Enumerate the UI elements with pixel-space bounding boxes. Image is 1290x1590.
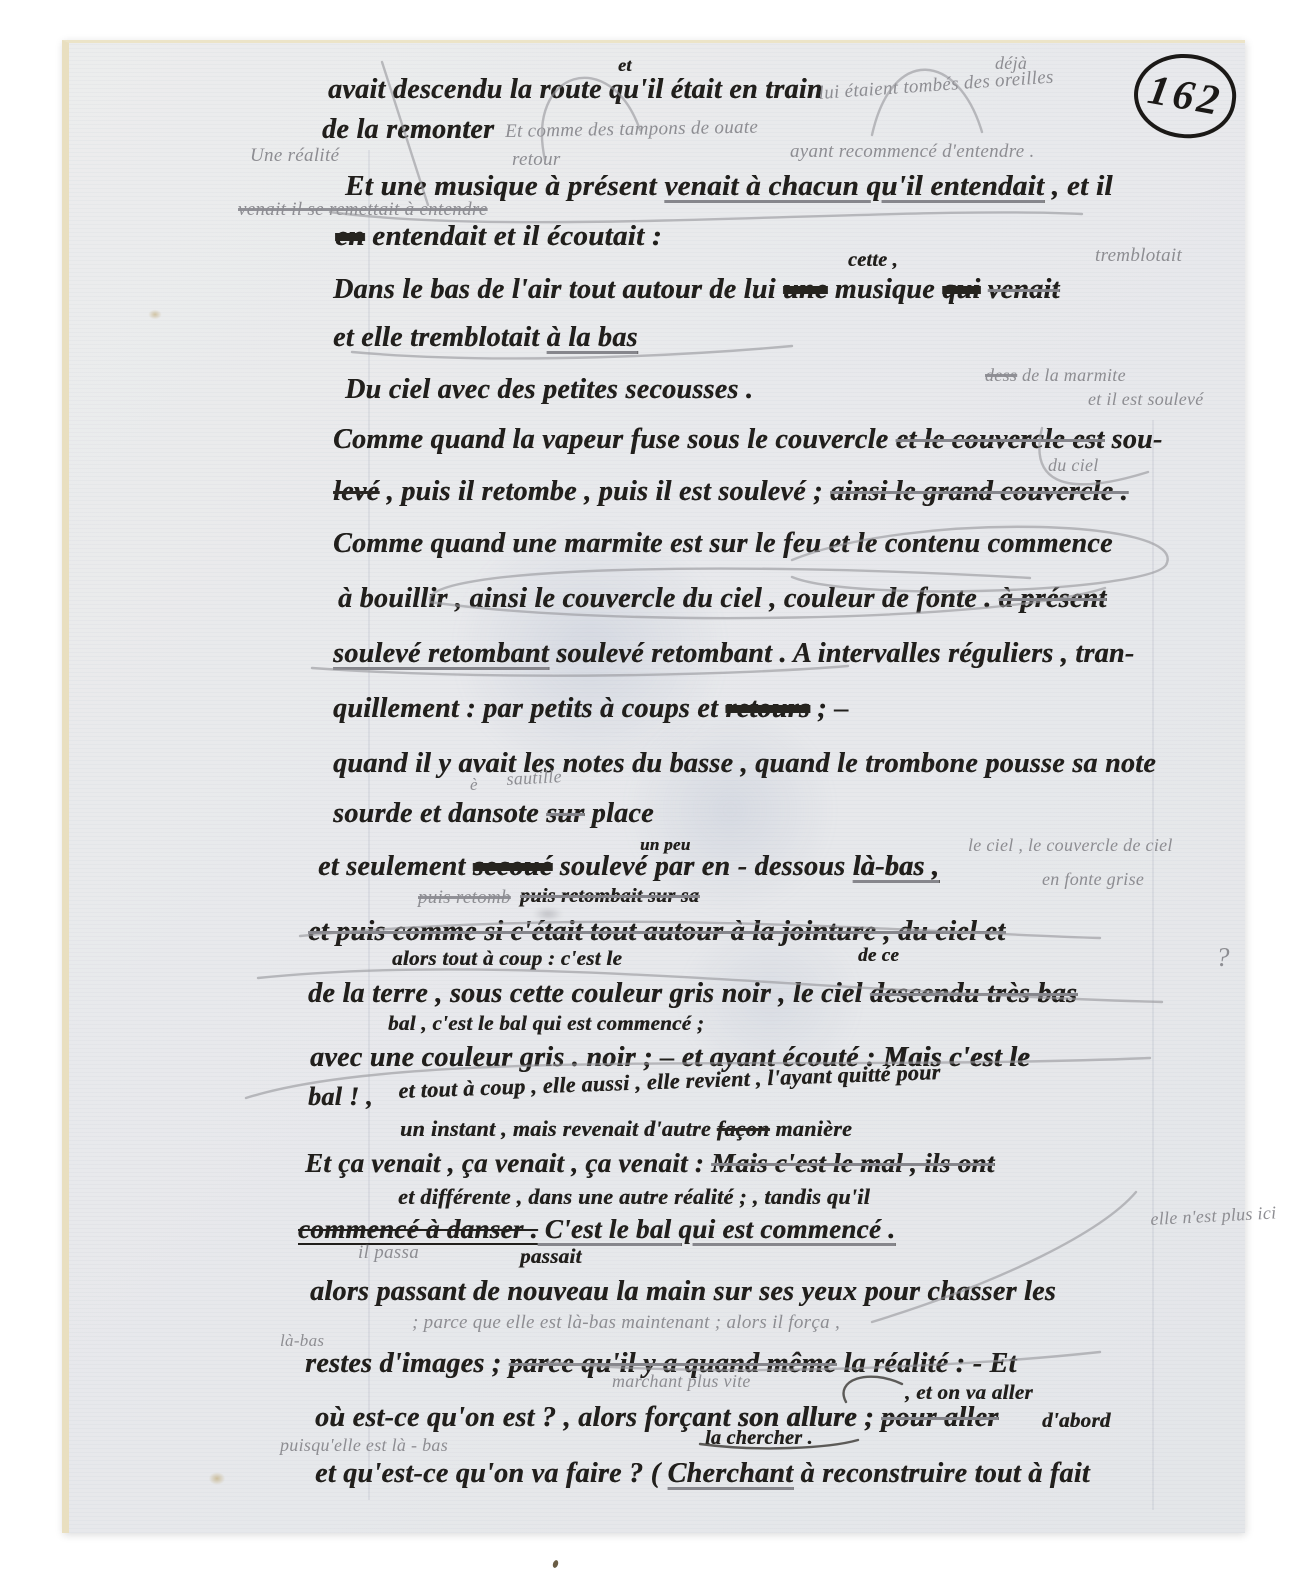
manuscript-line-63: et qu'est-ce qu'on va faire ? ( Cherchan… (315, 1460, 1090, 1488)
manuscript-segment: soulevé retombant (333, 638, 549, 669)
manuscript-segment: Du ciel avec des petites secousses . (345, 374, 753, 405)
manuscript-segment: dess (985, 365, 1017, 385)
manuscript-line-21: du ciel (1048, 456, 1099, 474)
manuscript-segment: à bouillir , ainsi le couvercle du ciel … (338, 583, 999, 614)
manuscript-segment: ? (1216, 942, 1230, 972)
manuscript-segment: ; parce que elle est là-bas maintenant ;… (412, 1312, 840, 1333)
manuscript-line-1: et (618, 56, 632, 74)
manuscript-line-38: alors tout à coup : c'est le (392, 948, 622, 969)
manuscript-segment: à la bas (547, 322, 638, 353)
manuscript-segment: la réalité : - Et (836, 1348, 1016, 1379)
manuscript-line-41: de la terre , sous cette couleur gris no… (308, 980, 1077, 1008)
manuscript-segment: levé (333, 476, 379, 507)
manuscript-line-19: et il est soulevé (1088, 390, 1204, 408)
manuscript-segment: soulevé retombant . A intervalles réguli… (549, 638, 1134, 669)
manuscript-segment: , et on va aller (905, 1380, 1033, 1404)
manuscript-line-8: retour (512, 150, 561, 169)
manuscript-segment: puis retombait sur sa (520, 885, 699, 907)
manuscript-line-53: alors passant de nouveau la main sur ses… (310, 1278, 1056, 1306)
manuscript-line-44: bal ! , (308, 1084, 373, 1110)
manuscript-segment: entendait et il écoutait : (365, 220, 662, 252)
manuscript-segment: descendu très bas (870, 978, 1077, 1009)
manuscript-segment: cette , (848, 249, 898, 271)
manuscript-segment: façon (717, 1116, 770, 1141)
manuscript-segment: place (584, 798, 653, 829)
manuscript-segment: C'est le bal qui est commencé . (538, 1214, 896, 1244)
manuscript-segment: de ce (858, 945, 899, 966)
manuscript-line-24: à bouillir , ainsi le couvercle du ciel … (338, 585, 1106, 613)
manuscript-line-26: quillement : par petits à coups et retou… (333, 695, 849, 723)
paper-fold-line (1152, 420, 1154, 1510)
manuscript-line-39: de ce (858, 946, 899, 965)
manuscript-segment: de la marmite (1017, 365, 1126, 385)
manuscript-line-27: quand il y avait les notes du basse , qu… (333, 750, 1156, 778)
manuscript-line-35: puis retomb (418, 888, 511, 907)
manuscript-segment: quand il y avait les notes du basse , qu… (333, 748, 1156, 779)
paper-stain (206, 1470, 228, 1487)
manuscript-line-29: sautille (506, 767, 562, 788)
manuscript-line-7: Une réalité (250, 146, 339, 165)
manuscript-line-54: ; parce que elle est là-bas maintenant ;… (412, 1313, 840, 1332)
manuscript-segment: le ciel , le couvercle de ciel (968, 835, 1173, 855)
manuscript-segment: un instant , mais revenait d'autre (400, 1116, 717, 1141)
manuscript-line-23: Comme quand une marmite est sur le feu e… (333, 530, 1113, 558)
manuscript-segment: et différente , dans une autre réalité ;… (398, 1184, 870, 1209)
manuscript-segment: bal ! , (308, 1082, 373, 1111)
manuscript-segment: Et une musique à présent (345, 170, 664, 202)
manuscript-segment: il passa (358, 1242, 419, 1263)
manuscript-segment: qui (942, 274, 980, 305)
page-number: 162 (1144, 66, 1226, 126)
manuscript-line-62: d'abord (1042, 1410, 1111, 1431)
manuscript-segment: venait à chacun qu'il entendait (664, 170, 1044, 202)
ink-speck (552, 1559, 559, 1568)
manuscript-segment: alors passant de nouveau la main sur ses… (310, 1276, 1056, 1307)
manuscript-segment: Et ça venait , ça venait , ça venait : (305, 1148, 711, 1178)
manuscript-segment: sautille (506, 766, 562, 789)
manuscript-segment: avait descendu la route qu'il était en t… (328, 74, 823, 105)
manuscript-line-22: levé , puis il retombe , puis il est sou… (333, 478, 1128, 506)
manuscript-line-15: Dans le bas de l'air tout autour de lui … (333, 276, 1060, 304)
manuscript-line-52: passait (520, 1246, 582, 1267)
manuscript-segment: marchant plus vite (612, 1371, 751, 1391)
manuscript-line-16: et elle tremblotait à la bas (333, 324, 638, 352)
manuscript-segment: restes d'images ; (305, 1348, 509, 1379)
manuscript-segment: venait il se remettait à entendre (238, 199, 488, 220)
manuscript-line-51: il passa (358, 1243, 419, 1262)
manuscript-segment: quillement : par petits à coups et (333, 693, 725, 724)
manuscript-segment: commencé à danser . (298, 1214, 538, 1244)
manuscript-segment: d'abord (1042, 1408, 1111, 1432)
manuscript-segment: puis retomb (418, 887, 511, 908)
scanned-manuscript-screenshot: { "page": { "number": "162", "descriptio… (0, 0, 1290, 1590)
manuscript-line-18: dess de la marmite (985, 366, 1126, 384)
manuscript-segment: en fonte grise (1042, 869, 1144, 889)
manuscript-segment: ; – (810, 693, 849, 724)
manuscript-segment: là-bas , (853, 851, 939, 882)
manuscript-segment: Comme quand une marmite est sur le feu e… (333, 528, 1113, 559)
manuscript-line-9: ayant recommencé d'entendre . (790, 142, 1035, 161)
paper-stain (146, 308, 164, 321)
manuscript-segment: et puis comme si c'était tout autour à l… (308, 916, 1005, 947)
manuscript-line-61: la chercher . (705, 1428, 813, 1448)
manuscript-line-46: un instant , mais revenait d'autre façon… (400, 1118, 852, 1140)
manuscript-segment: alors tout à coup : c'est le (392, 946, 622, 970)
manuscript-line-36: puis retombait sur sa (520, 886, 699, 906)
manuscript-line-28: è (470, 776, 478, 793)
manuscript-segment: et (618, 55, 632, 75)
manuscript-segment: sou- (1104, 424, 1162, 455)
manuscript-line-58: , et on va aller (905, 1382, 1033, 1403)
manuscript-line-5: de la remonter (322, 116, 494, 144)
manuscript-segment: du ciel (1048, 455, 1099, 475)
manuscript-line-48: et différente , dans une autre réalité ;… (398, 1186, 870, 1208)
manuscript-segment: de la terre , sous cette couleur gris no… (308, 978, 870, 1009)
manuscript-line-13: cette , (848, 250, 898, 270)
manuscript-segment: et elle tremblotait (333, 322, 547, 353)
manuscript-line-30: sourde et dansote sur place (333, 800, 654, 828)
manuscript-segment (980, 274, 987, 305)
manuscript-segment: où est-ce qu'on est ? , alors forçant (315, 1402, 738, 1433)
manuscript-segment: en (335, 220, 365, 252)
manuscript-segment: et le couvercle est (896, 424, 1105, 455)
manuscript-line-3: avait descendu la route qu'il était en t… (328, 76, 823, 104)
manuscript-segment: musique (827, 274, 942, 305)
manuscript-line-42: bal , c'est le bal qui est commencé ; (388, 1013, 704, 1034)
manuscript-segment: puisqu'elle est là - bas (280, 1435, 448, 1455)
manuscript-segment: venait (988, 274, 1060, 305)
manuscript-segment: è (470, 775, 478, 794)
manuscript-segment: pour aller (881, 1402, 998, 1433)
manuscript-line-40: ? (1216, 944, 1230, 971)
manuscript-segment: sur (546, 798, 584, 829)
manuscript-line-49: commencé à danser . C'est le bal qui est… (298, 1216, 895, 1243)
manuscript-line-25: soulevé retombant soulevé retombant . A … (333, 640, 1134, 668)
manuscript-segment: Mais c'est le mal , ils ont (711, 1148, 994, 1178)
manuscript-line-55: là-bas (280, 1332, 324, 1349)
manuscript-segment: la chercher . (705, 1427, 813, 1449)
manuscript-segment: de la remonter (322, 114, 494, 145)
manuscript-line-14: tremblotait (1095, 246, 1182, 265)
manuscript-line-60: puisqu'elle est là - bas (280, 1436, 448, 1454)
manuscript-segment: manière (770, 1116, 852, 1141)
manuscript-line-50: elle n'est plus ici (1150, 1203, 1277, 1228)
manuscript-line-47: Et ça venait , ça venait , ça venait : M… (305, 1150, 995, 1177)
manuscript-segment: ainsi le grand couvercle . (830, 476, 1128, 507)
manuscript-segment: ayant recommencé d'entendre . (790, 141, 1035, 162)
manuscript-segment: à présent (999, 583, 1107, 614)
manuscript-segment: retour (512, 149, 561, 170)
manuscript-line-37: et puis comme si c'était tout autour à l… (308, 918, 1005, 946)
manuscript-segment: Cherchant (668, 1458, 794, 1489)
manuscript-segment: et qu'est-ce qu'on va faire ? ( (315, 1458, 668, 1489)
manuscript-segment: sourde et dansote (333, 798, 546, 829)
manuscript-segment: et il est soulevé (1088, 389, 1204, 409)
manuscript-segment: et seulement (318, 851, 473, 882)
manuscript-segment: Dans le bas de l'air tout autour de lui (333, 274, 783, 305)
manuscript-segment: passait (520, 1244, 582, 1268)
manuscript-line-10: Et une musique à présent venait à chacun… (345, 172, 1113, 201)
manuscript-segment: tremblotait (1095, 245, 1182, 266)
manuscript-line-6: Et comme des tampons de ouate (505, 118, 758, 141)
manuscript-line-34: et seulement secoué soulevé par en - des… (318, 853, 939, 881)
manuscript-segment (874, 1402, 881, 1433)
manuscript-segment: secoué (473, 851, 553, 882)
manuscript-line-33: en fonte grise (1042, 870, 1144, 888)
manuscript-line-11: venait il se remettait à entendre (238, 200, 488, 219)
manuscript-segment: une (783, 274, 827, 305)
manuscript-segment: bal , c'est le bal qui est commencé ; (388, 1011, 704, 1035)
manuscript-page (62, 40, 1245, 1533)
manuscript-line-12: en entendait et il écoutait : (335, 222, 662, 251)
manuscript-segment: soulevé par en - dessous (552, 851, 852, 882)
manuscript-line-57: marchant plus vite (612, 1372, 751, 1390)
manuscript-segment: , et il (1044, 170, 1112, 202)
manuscript-segment: Comme quand la vapeur fuse sous le couve… (333, 424, 896, 455)
manuscript-segment: Une réalité (250, 145, 339, 166)
manuscript-segment: , puis il retombe , puis il est soulevé … (379, 476, 830, 507)
manuscript-segment: Et comme des tampons de ouate (505, 117, 758, 142)
manuscript-line-32: le ciel , le couvercle de ciel (968, 836, 1173, 854)
manuscript-segment: à reconstruire tout à fait (793, 1458, 1090, 1489)
manuscript-line-20: Comme quand la vapeur fuse sous le couve… (333, 426, 1163, 454)
manuscript-line-17: Du ciel avec des petites secousses . (345, 376, 753, 404)
manuscript-segment: retours (725, 693, 810, 724)
manuscript-line-59: où est-ce qu'on est ? , alors forçant so… (315, 1404, 998, 1432)
